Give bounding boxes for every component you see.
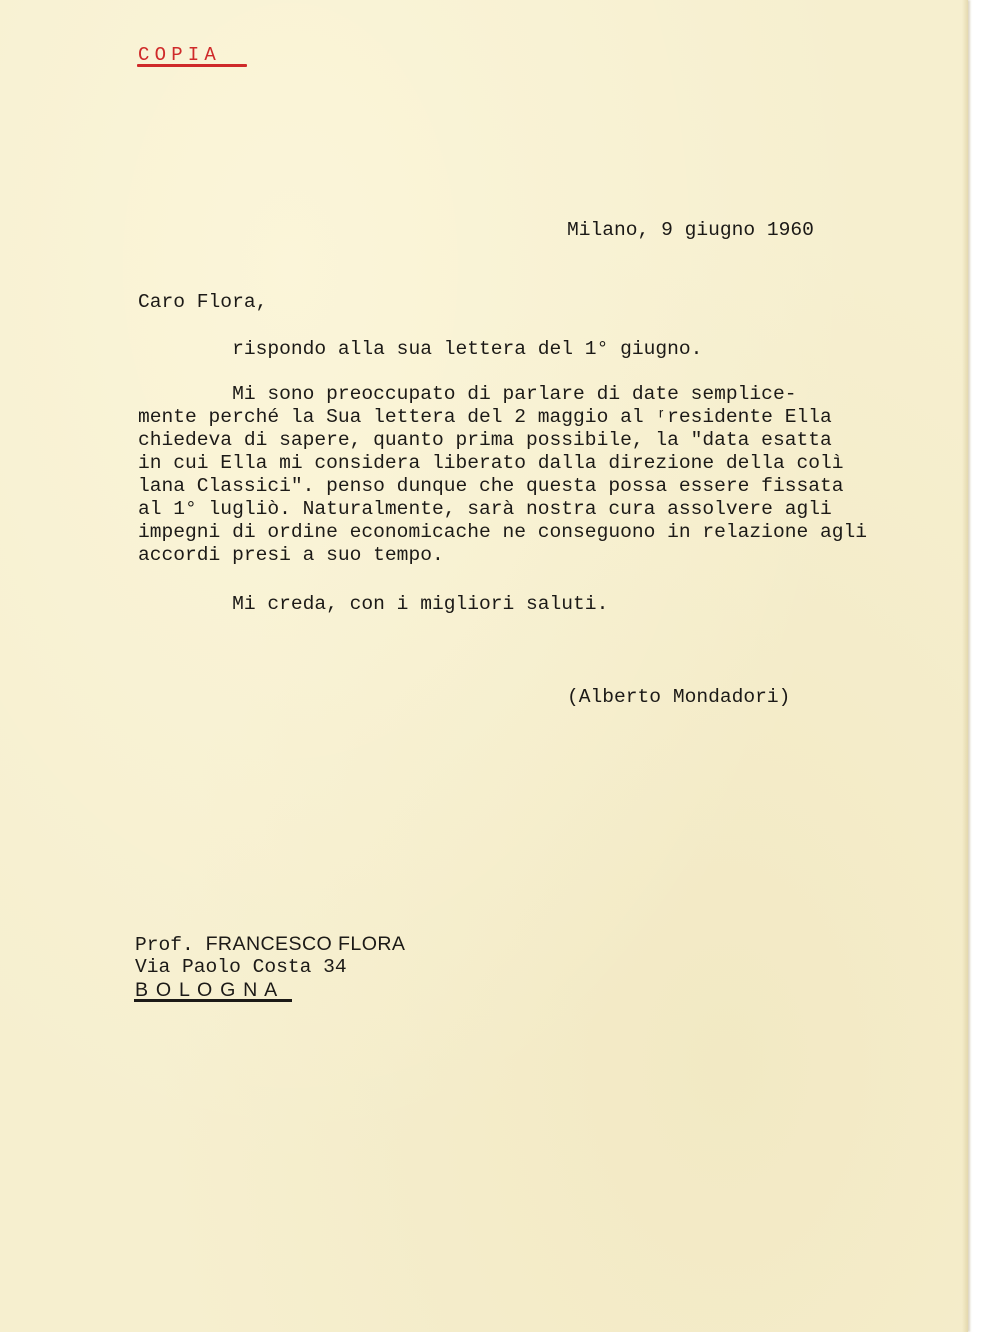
paragraph-2-line-8: accordi presi a suo tempo. [138, 544, 444, 567]
copia-stamp-underline [137, 64, 247, 67]
salutation: Caro Flora, [138, 291, 267, 314]
paragraph-2-line-1: Mi sono preoccupato di parlare di date s… [138, 383, 796, 406]
signature: (Alberto Mondadori) [567, 686, 790, 709]
recipient-name-line: Prof. FRANCESCO FLORA [135, 933, 405, 957]
recipient-name: FRANCESCO FLORA [206, 933, 406, 955]
paragraph-2-line-6: al 1° lugliò. Naturalmente, sarà nostra … [138, 498, 832, 521]
paragraph-2-line-5: lana Classici". penso dunque che questa … [138, 475, 844, 498]
recipient-title: Prof. [135, 934, 206, 956]
paper-edge [962, 0, 968, 1332]
date-line: Milano, 9 giugno 1960 [567, 219, 814, 242]
recipient-street: Via Paolo Costa 34 [135, 956, 347, 979]
letter-paper: COPIA Milano, 9 giugno 1960 Caro Flora, … [0, 0, 968, 1332]
closing-line: Mi creda, con i migliori saluti. [138, 593, 608, 616]
paragraph-2-line-4: in cui Ella mi considera liberato dalla … [138, 452, 844, 475]
copia-stamp: COPIA [138, 44, 221, 66]
paragraph-1-line-1: rispondo alla sua lettera del 1° giugno. [138, 338, 702, 361]
paragraph-2-line-7: impegni di ordine economicache ne conseg… [138, 521, 867, 544]
recipient-city-underline [134, 999, 292, 1002]
paragraph-2-line-3: chiedeva di sapere, quanto prima possibi… [138, 429, 832, 452]
paragraph-2-line-2: mente perché la Sua lettera del 2 maggio… [138, 406, 832, 429]
